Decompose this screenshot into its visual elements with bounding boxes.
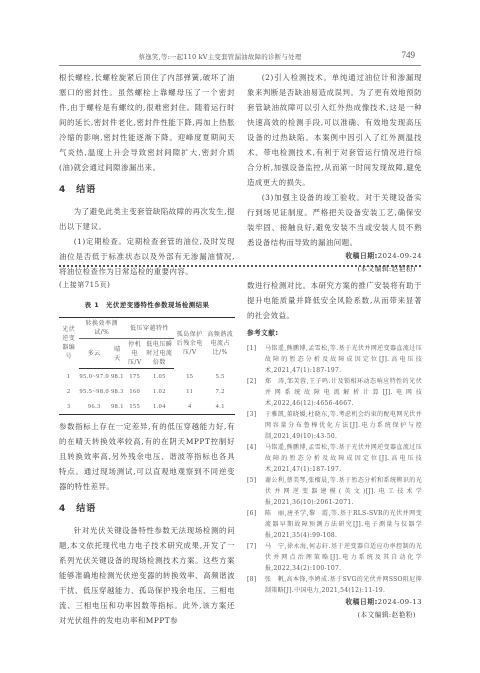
cell-id: 3 (59, 399, 79, 415)
reference-text: 马铭遥,熊鹏博,孟雪松,等.基于光伏并网逆变器直流过压故障的暂态分析及故障成因定… (265, 343, 422, 376)
paragraph: 为了避免此类主变套管缺陷故障的再次发生,提出以下建议。 (59, 204, 235, 234)
table-row: 1 95.0~97.0 98.1 175 1.05 15 5.5 (59, 369, 235, 385)
cell-residual: 15 (174, 369, 205, 385)
paragraph: (2)引入检测技术。单纯通过油位计和渗漏现象来判断是否缺油易造成误判。为了更有效… (247, 70, 422, 190)
received-date-line: 收稿日期:2024-09-24 (247, 250, 422, 263)
paragraph: 针对光伏关键设备特性参数无法现场检测的问题,本文依托现代电力电子技术研究成果,开… (59, 523, 235, 628)
col-header-multiple: 低电压瞬时过电流倍数 (145, 339, 174, 369)
cell-residual: 11 (174, 384, 205, 399)
references-title: 参考文献: (247, 326, 422, 341)
paragraph: (1)定期检查。定期检查套管的油位,及时发现油位是否低于标准状态以及外部有无渗漏… (59, 234, 235, 279)
reference-text: 谢公利,蔡美琴,张榴晨,等.基于暂态分析和系统辨识的光伏并网逆变器建模(英文)[… (265, 475, 422, 508)
cell-multiple: 1.04 (145, 399, 174, 415)
top-right-column: (2)引入检测技术。单纯通过油位计和渗漏现象来判断是否缺油易造成误判。为了更有效… (247, 70, 422, 276)
cell-stop-voltage: 155 (125, 399, 145, 415)
paragraph: 根长螺栓,长螺栓旋紧后顶住了内部弹簧,破坏了油塞口的密封性。虽然螺栓上靠螺母压了… (59, 70, 235, 175)
col-header-id: 光伏逆变器编号 (59, 318, 79, 369)
reference-number: [4] (247, 442, 265, 475)
reference-number: [6] (247, 508, 265, 541)
reference-text: 马 宁,徐永海,何志轩.基于逆变器自适应功率控制的光伏并网点治理策略[J].电力… (265, 541, 422, 574)
received-date-line: 收稿日期:2024-09-13 (247, 596, 422, 609)
reference-item: [6]陈 丽,唐圣学,黎 霞,等.基于RLS-SVR的光伏并网变流器早期故障预测… (247, 508, 422, 541)
reference-text: 陈 丽,唐圣学,黎 霞,等.基于RLS-SVR的光伏并网变流器早期故障预测方法研… (265, 508, 422, 541)
received-date: 2024-09-24 (378, 252, 422, 260)
cell-harmonic: 5.5 (205, 369, 235, 385)
cell-id: 2 (59, 384, 79, 399)
reference-item: [2]郑 涛,邹芙蓉,王子鸣.计及锁相环动态响应特性的光伏并网系统故障电流解析计… (247, 376, 422, 409)
reference-number: [2] (247, 376, 265, 409)
paragraph: (3)加强主设备的竣工验收。对于关键设备实行到场见证制度。严格把关设备安装工艺,… (247, 190, 422, 250)
article-divider (59, 265, 421, 267)
editor-line: (本文编辑:赵艳粉) (247, 609, 422, 622)
continued-note: (上接第715页) (59, 278, 235, 293)
col-header-efficiency: 转换效率测试/% (79, 318, 125, 339)
reference-list: [1]马铭遥,熊鹏博,孟雪松,等.基于光伏并网逆变器直流过压故障的暂态分析及故障… (247, 343, 422, 596)
cell-id: 1 (59, 369, 79, 385)
reference-text: 张 帆,高本锋,李娉成.基于SVG的光伏并网SSO阻尼抑制策略[J].中国电力,… (265, 574, 422, 596)
col-header-harmonic: 高频谐波电流占比/% (205, 318, 235, 369)
top-left-column: 根长螺栓,长螺栓旋紧后顶住了内部弹簧,破坏了油塞口的密封性。虽然螺栓上靠螺母压了… (59, 70, 235, 279)
section-heading: 4 结语 (59, 183, 235, 198)
cell-cloudy: 95.5~98.0 (79, 384, 111, 399)
received-label: 收稿日期: (345, 252, 377, 260)
bottom-left-column: (上接第715页) 表 1 光伏逆变器特性参数现场检测结果 光伏逆变器编号 转换… (59, 278, 235, 628)
paragraph: 参数指标上存在一定差异,有的低压穿越能力好,有的在晴天转换效率较高,有的在阴天M… (59, 419, 235, 494)
reference-item: [4]马铭遥,熊鹏博,孟雪松,等.基于光伏并网逆变器直流过压故障的暂态分析及故障… (247, 442, 422, 475)
cell-stop-voltage: 160 (125, 384, 145, 399)
table-row: 3 96.3 98.1 155 1.04 4 4.1 (59, 399, 235, 415)
col-header-lvrt: 低压穿越特性 (125, 318, 174, 339)
cell-sunny: 98.3 (110, 384, 125, 399)
cell-harmonic: 7.2 (205, 384, 235, 399)
reference-text: 于雅凯,董晓媛,杜晓东,等.考虑机会约束的配电网光伏并网容量分布鲁棒优化方法[J… (265, 409, 422, 442)
cell-sunny: 98.1 (110, 399, 125, 415)
col-header-sunny: 晴天 (110, 339, 125, 369)
col-header-cloudy: 多云 (79, 339, 111, 369)
page-number: 749 (402, 50, 416, 60)
cell-residual: 4 (174, 399, 205, 415)
paragraph: 数进行检测对比。本研究方案的推广安装将有助于提升电能质量并降低安全风险系数,从而… (247, 278, 422, 323)
reference-text: 马铭遥,熊鹏博,孟雪松,等.基于光伏并网逆变器直流过压故障的暂态分析及故障成因定… (265, 442, 422, 475)
cell-cloudy: 95.0~97.0 (79, 369, 111, 385)
cell-cloudy: 96.3 (79, 399, 111, 415)
running-header: 蔡逸笑,等:一起110 kV主变套管漏油故障的诊断与处理 749 (59, 49, 421, 66)
received-label: 收稿日期: (345, 598, 377, 606)
reference-number: [3] (247, 409, 265, 442)
cell-harmonic: 4.1 (205, 399, 235, 415)
data-table: 光伏逆变器编号 转换效率测试/% 低压穿越特性 孤岛保护后残余电压/V 高频谐波… (59, 317, 235, 415)
cell-sunny: 98.1 (110, 369, 125, 385)
reference-item: [8]张 帆,高本锋,李娉成.基于SVG的光伏并网SSO阻尼抑制策略[J].中国… (247, 574, 422, 596)
reference-number: [5] (247, 475, 265, 508)
cell-stop-voltage: 175 (125, 369, 145, 385)
reference-text: 郑 涛,邹芙蓉,王子鸣.计及锁相环动态响应特性的光伏并网系统故障电流解析计算[J… (265, 376, 422, 409)
reference-number: [1] (247, 343, 265, 376)
reference-item: [3]于雅凯,董晓媛,杜晓东,等.考虑机会约束的配电网光伏并网容量分布鲁棒优化方… (247, 409, 422, 442)
table-caption: 表 1 光伏逆变器特性参数现场检测结果 (59, 298, 235, 313)
cell-multiple: 1.02 (145, 384, 174, 399)
cell-multiple: 1.05 (145, 369, 174, 385)
col-header-island: 孤岛保护后残余电压/V (174, 318, 205, 369)
table-row: 2 95.5~98.0 98.3 160 1.02 11 7.2 (59, 384, 235, 399)
received-date: 2024-09-13 (378, 598, 422, 606)
reference-number: [7] (247, 541, 265, 574)
col-header-stop-voltage: 停机电压/V (125, 339, 145, 369)
reference-item: [7]马 宁,徐永海,何志轩.基于逆变器自适应功率控制的光伏并网点治理策略[J]… (247, 541, 422, 574)
reference-item: [5]谢公利,蔡美琴,张榴晨,等.基于暂态分析和系统辨识的光伏并网逆变器建模(英… (247, 475, 422, 508)
running-title: 蔡逸笑,等:一起110 kV主变套管漏油故障的诊断与处理 (59, 52, 381, 61)
section-heading: 4 结语 (59, 502, 235, 517)
reference-number: [8] (247, 574, 265, 596)
reference-item: [1]马铭遥,熊鹏博,孟雪松,等.基于光伏并网逆变器直流过压故障的暂态分析及故障… (247, 343, 422, 376)
bottom-right-column: 数进行检测对比。本研究方案的推广安装将有助于提升电能质量并降低安全风险系数,从而… (247, 278, 422, 622)
